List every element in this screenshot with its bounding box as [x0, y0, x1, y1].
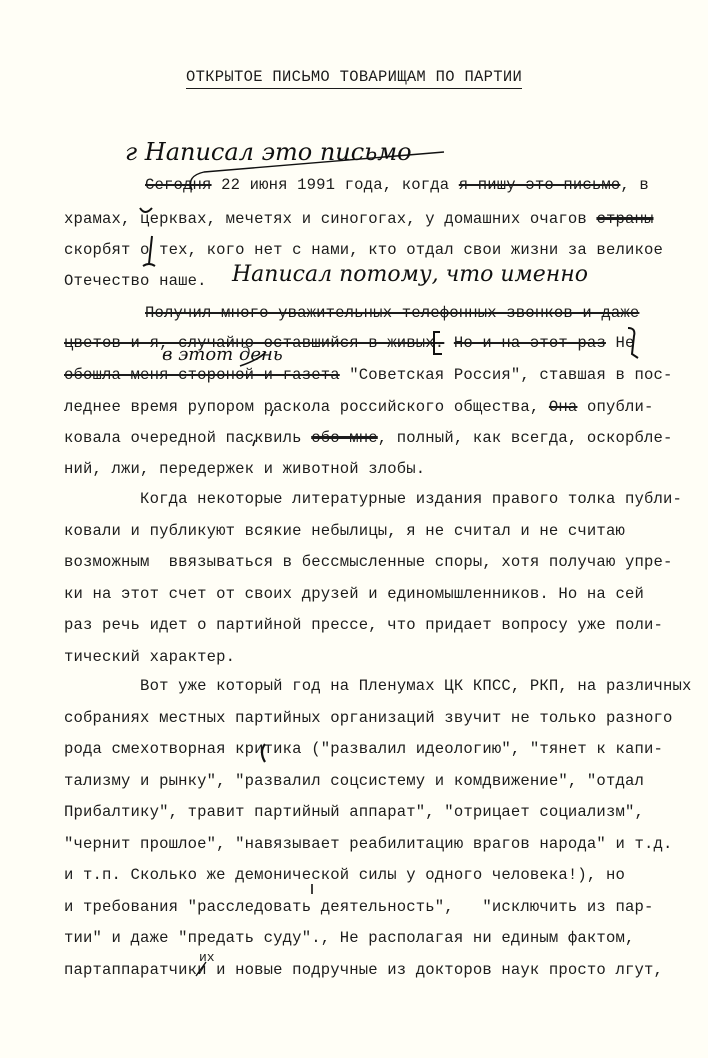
- paragraph-4-line-1: Вот уже который год на Пленумах ЦК КПСС,…: [64, 677, 692, 695]
- paragraph-4-line-8: и требования "расследовать деятельность"…: [64, 898, 653, 916]
- paragraph-1-line-3: скорбят о тех, кого нет с нами, кто отда…: [64, 241, 663, 259]
- struck-text: страны: [596, 210, 653, 228]
- paragraph-1-line-1: Сегодня 22 июня 1991 года, когда я пишу …: [145, 176, 649, 194]
- paragraph-4-line-10: партаппаратчики и новые подручные из док…: [64, 961, 663, 979]
- handwritten-insert-top: г Написал это письмо: [125, 138, 412, 166]
- paragraph-3-line-3: возможным ввязываться в бессмысленные сп…: [64, 553, 673, 571]
- paragraph-3-line-4: ки на этот счет от своих друзей и едином…: [64, 585, 644, 603]
- handwritten-insert-line-4: Написал потому, что именно: [232, 262, 588, 287]
- paragraph-2-line-4: леднее время рупором раскола российского…: [64, 398, 654, 416]
- paragraph-3-line-1: Когда некоторые литературные издания пра…: [64, 490, 682, 508]
- handwritten-insert-line-7: в этот день: [162, 344, 283, 365]
- paragraph-3-line-2: ковали и публикуют всякие небылицы, я не…: [64, 522, 625, 540]
- paragraph-4-line-7: и т.п. Сколько же демонической силы у од…: [64, 866, 625, 884]
- paragraph-4-line-6: "чернит прошлое", "навязывает реабилитац…: [64, 835, 673, 853]
- paragraph-1-line-4: Отечество наше.: [64, 272, 207, 290]
- paragraph-4-line-2: собраниях местных партийных организаций …: [64, 709, 673, 727]
- document-title: ОТКРЫТОЕ ПИСЬМО ТОВАРИЩАМ ПО ПАРТИИ: [186, 68, 522, 89]
- paragraph-1-line-2: храмах, церквах, мечетях и синогогах, у …: [64, 210, 653, 228]
- struck-text: я пишу это письмо: [459, 176, 621, 194]
- paragraph-2-line-2: цветов и я, случайно оставшийся в живых.…: [64, 334, 634, 352]
- paragraph-4-line-4: тализму и рынку", "развалил соцсистему и…: [64, 772, 644, 790]
- paragraph-2-line-1: Получил много уважительных телефонных зв…: [145, 304, 639, 322]
- paragraph-4-line-3: рода смехотворная критика ("развалил иде…: [64, 740, 663, 758]
- paragraph-4-line-5: Прибалтику", травит партийный аппарат", …: [64, 803, 644, 821]
- paragraph-2-line-6: ний, лжи, передержек и животной злобы.: [64, 460, 425, 478]
- paragraph-2-line-3: обошла меня стороной и газета "Советская…: [64, 366, 673, 384]
- paragraph-3-line-5: раз речь идет о партийной прессе, что пр…: [64, 616, 663, 634]
- paragraph-2-line-5: ковала очередной пасквиль обо мне, полны…: [64, 429, 673, 447]
- paragraph-4-line-9: тии" и даже "предать суду"., Не располаг…: [64, 929, 634, 947]
- document-page: ОТКРЫТОЕ ПИСЬМО ТОВАРИЩАМ ПО ПАРТИИ г На…: [0, 0, 708, 1058]
- struck-text: Сегодня: [145, 176, 212, 194]
- paragraph-3-line-6: тический характер.: [64, 648, 235, 666]
- insertion-superscript: их: [199, 950, 215, 965]
